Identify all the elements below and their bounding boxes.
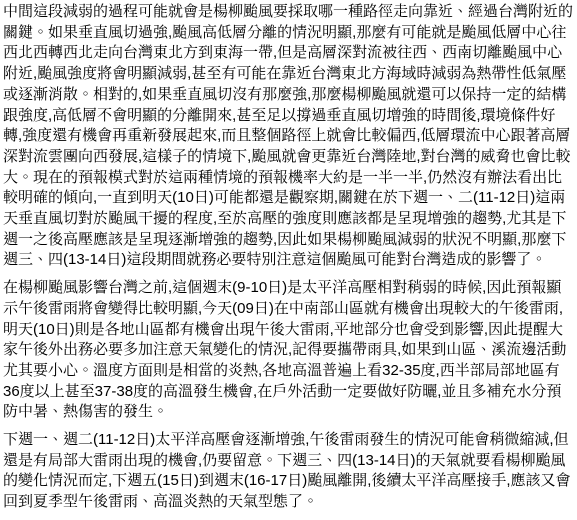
paragraph-typhoon-track-scenarios: 中間這段減弱的過程可能就會是楊柳颱風要採取哪一種路徑走向靠近、經過台灣附近的關鍵… [3,2,574,271]
paragraph-weekend-thunderstorms-heat: 在楊柳颱風影響台灣之前,這個週末(9-10日)是太平洋高壓相對稍弱的時候,因此預… [3,278,574,423]
typhoon-forecast-text-document: 中間這段減弱的過程可能就會是楊柳颱風要採取哪一種路徑走向靠近、經過台灣附近的關鍵… [0,0,577,520]
paragraph-next-week-outlook: 下週一、週二(11-12日)太平洋高壓會逐漸增強,午後雷雨發生的情況可能會稍微縮… [3,430,574,513]
